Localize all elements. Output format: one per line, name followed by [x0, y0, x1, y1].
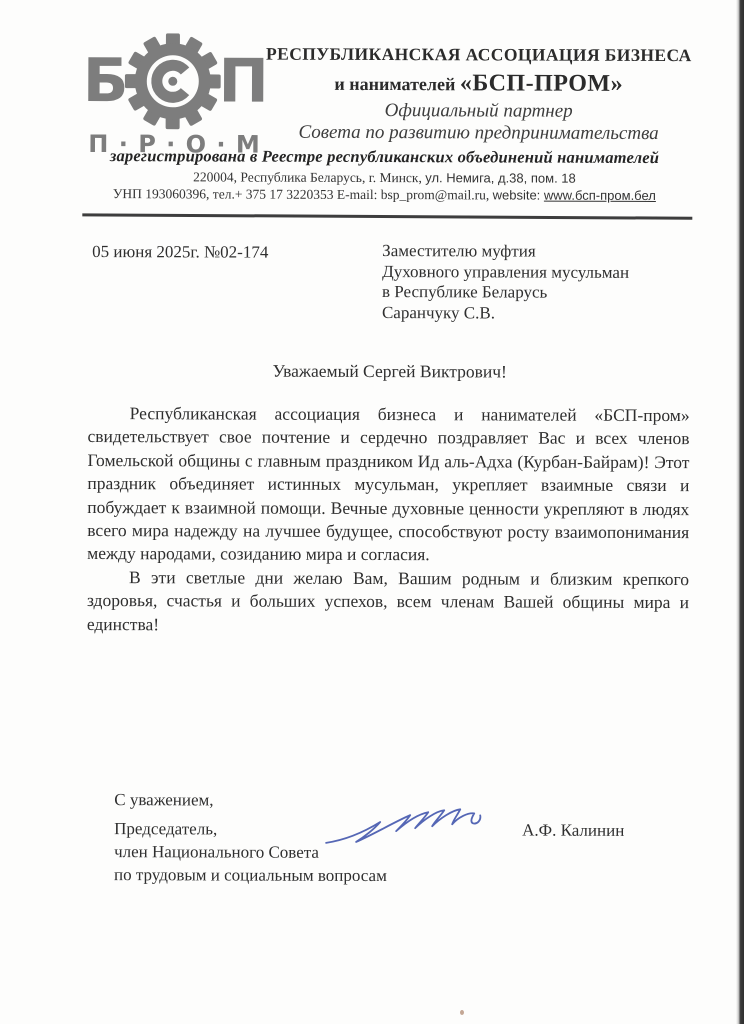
website-label: website: [493, 187, 544, 202]
signer-title-line2: член Национального Совета [114, 842, 319, 863]
scanner-edge-artifact [736, 0, 744, 1024]
header-divider [82, 213, 692, 219]
recipient-block: Заместителю муфтия Духовного управления … [382, 241, 629, 324]
recipient-line: Духовного управления мусульман [382, 262, 629, 283]
partner-line2: Совета по развитию предпринимательства [263, 122, 695, 146]
partner-line1: Официальный партнер [263, 100, 695, 124]
website-url: www.бсп-пром.бел [544, 188, 656, 203]
association-title-line2-small: и нанимателей [334, 74, 460, 94]
letterhead: РЕСПУБЛИКАНСКАЯ АССОЦИАЦИЯ БИЗНЕСА и нан… [263, 44, 695, 146]
signer-title-line3: по трудовым и социальным вопросам [114, 865, 387, 886]
association-title-line1: РЕСПУБЛИКАНСКАЯ АССОЦИАЦИЯ БИЗНЕСА [263, 44, 695, 67]
date-reference: 05 июня 2025г. №02-174 [92, 242, 268, 263]
bsp-prom-logo: Б [77, 33, 273, 159]
scan-speck [460, 1010, 464, 1015]
logo-letters-row: Б [77, 33, 273, 130]
gear-icon [124, 33, 220, 129]
recipient-line: Саранчуку С.В. [382, 303, 629, 324]
address-sans: ул. Немига, д.38, пом. 18 [425, 170, 576, 186]
logo-letter-p: П [218, 51, 266, 111]
association-title-line2: и нанимателей «БСП-ПРОМ» [263, 70, 695, 99]
address-line: 220004, Республика Беларусь, г. Минск, у… [60, 169, 708, 187]
page-content: Б [0, 0, 744, 1024]
salutation: Уважаемый Сергей Виктрович! [90, 360, 690, 383]
signer-name: А.Ф. Калинин [522, 821, 624, 841]
address-serif: 220004, Республика Беларусь, г. Минск, [193, 169, 425, 185]
body-paragraph-1: Республиканская ассоциация бизнеса и нан… [87, 402, 690, 568]
recipient-line: в Республике Беларусь [382, 282, 629, 303]
contact-line: УНП 193060396, тел.+ 375 17 3220353 E-ma… [60, 186, 708, 204]
association-title-line2-big: «БСП-ПРОМ» [460, 70, 623, 97]
letter-body: Республиканская ассоциация бизнеса и нан… [87, 402, 690, 638]
registered-line: зарегистрирована в Реестре республиканск… [60, 146, 708, 168]
scanned-letter-page: Б [0, 0, 744, 1024]
recipient-line: Заместителю муфтия [382, 241, 629, 262]
closing-phrase: С уважением, [114, 790, 213, 810]
body-paragraph-2: В эти светлые дни желаю Вам, Вашим родны… [87, 566, 689, 638]
signer-title-line1: Председатель, [114, 819, 217, 839]
contact-serif: УНП 193060396, тел.+ 375 17 3220353 E-ma… [113, 186, 493, 202]
handwritten-signature [320, 796, 488, 852]
logo-letter-b: Б [83, 51, 127, 111]
